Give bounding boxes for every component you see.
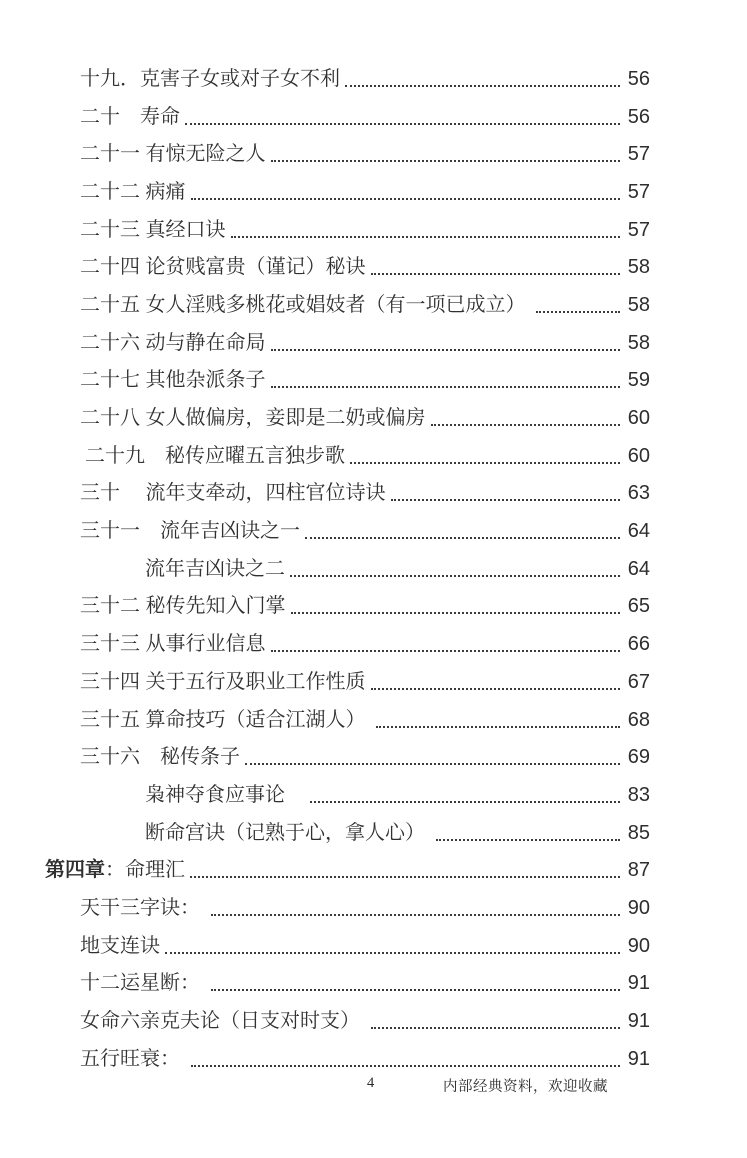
toc-entry: 枭神夺食应事论 83 [45,776,650,814]
toc-entry-page-number: 85 [623,823,650,843]
toc-entry-title: ：命理汇 [105,860,185,880]
toc-list: 十九．克害子女或对子女不利 56 二十 寿命 56 二十一 有惊无险之人 57 … [45,60,650,1078]
toc-entry-title: 三十一 流年吉凶诀之一 [80,521,300,541]
toc-entry: 二十七 其他杂派条子 59 [45,362,650,400]
toc-entry: 二十九 秘传应曜五言独步歌 60 [45,437,650,475]
toc-entry-page-number: 56 [623,69,650,89]
toc-entry-title: 天干三字诀： [80,898,206,918]
toc-entry: 二十六 动与静在命局 58 [45,324,650,362]
dot-leader [271,160,620,162]
toc-entry-title: 二十一 有惊无险之人 [80,144,266,164]
toc-entry: 十九．克害子女或对子女不利 56 [45,60,650,98]
dot-leader [211,914,620,916]
toc-entry-page-number: 67 [623,672,650,692]
toc-entry-page-number: 90 [623,898,650,918]
dot-leader [376,726,620,728]
toc-entry-title: 三十六 秘传条子 [80,747,240,767]
dot-leader [310,801,620,803]
dot-leader [231,236,620,238]
dot-leader [290,575,620,577]
toc-entry: 二十二 病痛 57 [45,173,650,211]
toc-entry: 三十六 秘传条子 69 [45,738,650,776]
toc-entry-page-number: 90 [623,936,650,956]
toc-entry-page-number: 57 [623,220,650,240]
dot-leader [271,386,620,388]
toc-entry-title: 断命宫诀（记熟于心，拿人心） [145,823,431,843]
toc-entry: 三十五 算命技巧（适合江湖人） 68 [45,701,650,739]
toc-entry-title: 二十四 论贫贱富贵（谨记）秘诀 [80,257,366,277]
toc-entry: 第四章 ：命理汇 87 [45,851,650,889]
toc-entry-title: 二十七 其他杂派条子 [80,370,266,390]
toc-entry-page-number: 64 [623,559,650,579]
toc-entry-page-number: 64 [623,521,650,541]
toc-entry-title: 三十 流年支牵动，四柱官位诗诀 [80,483,386,503]
toc-entry-title: 地支连诀 [80,936,160,956]
toc-entry-title: 二十 寿命 [80,107,180,127]
toc-entry-page-number: 63 [623,483,650,503]
dot-leader [291,612,620,614]
toc-entry-page-number: 91 [623,973,650,993]
toc-entry-page-number: 83 [623,785,650,805]
toc-entry-page-number: 65 [623,596,650,616]
toc-entry-page-number: 56 [623,107,650,127]
toc-entry-title: 女命六亲克夫论（日支对时支） [80,1011,366,1031]
toc-entry-page-number: 60 [623,446,650,466]
toc-entry-title: 三十三 从事行业信息 [80,634,266,654]
footer-page-number: 4 [367,1075,374,1092]
toc-entry: 三十四 关于五行及职业工作性质 67 [45,663,650,701]
toc-entry: 三十 流年支牵动，四柱官位诗诀 63 [45,475,650,513]
toc-entry-page-number: 58 [623,257,650,277]
dot-leader [371,688,620,690]
dot-leader [245,763,620,765]
dot-leader [165,952,620,954]
toc-entry: 三十三 从事行业信息 66 [45,625,650,663]
toc-entry-title: 二十九 秘传应曜五言独步歌 [85,446,345,466]
document-page: 十九．克害子女或对子女不利 56 二十 寿命 56 二十一 有惊无险之人 57 … [0,0,747,1158]
toc-entry: 女命六亲克夫论（日支对时支） 91 [45,1002,650,1040]
toc-entry: 二十 寿命 56 [45,98,650,136]
dot-leader [271,349,620,351]
toc-entry-title: 三十五 算命技巧（适合江湖人） [80,710,371,730]
toc-entry-page-number: 57 [623,144,650,164]
toc-entry-title: 枭神夺食应事论 [145,785,305,805]
dot-leader [371,273,620,275]
toc-entry-title: 二十六 动与静在命局 [80,333,266,353]
dot-leader [391,499,620,501]
dot-leader [536,311,620,313]
toc-entry: 天干三字诀： 90 [45,889,650,927]
toc-entry-page-number: 58 [623,295,650,315]
toc-entry-title: 五行旺衰： [80,1049,186,1069]
toc-entry-page-number: 68 [623,710,650,730]
toc-entry: 地支连诀 90 [45,927,650,965]
toc-entry-title: 三十四 关于五行及职业工作性质 [80,672,366,692]
toc-entry: 十二运星断： 91 [45,965,650,1003]
toc-entry-page-number: 58 [623,333,650,353]
toc-entry: 二十一 有惊无险之人 57 [45,135,650,173]
dot-leader [190,876,620,878]
toc-entry-title: 三十二 秘传先知入门掌 [80,596,286,616]
dot-leader [436,839,620,841]
toc-entry: 二十五 女人淫贱多桃花或娼妓者（有一项已成立） 58 [45,286,650,324]
toc-entry: 三十二 秘传先知入门掌 65 [45,588,650,626]
footer-note: 内部经典资料，欢迎收藏 [443,1075,608,1096]
toc-entry-page-number: 69 [623,747,650,767]
toc-entry: 二十四 论贫贱富贵（谨记）秘诀 58 [45,248,650,286]
toc-entry: 流年吉凶诀之二 64 [45,550,650,588]
dot-leader [185,123,620,125]
toc-entry-title: 二十五 女人淫贱多桃花或娼妓者（有一项已成立） [80,295,531,315]
toc-entry-chapter-bold: 第四章 [45,860,105,880]
toc-entry: 断命宫诀（记熟于心，拿人心） 85 [45,814,650,852]
toc-entry-page-number: 60 [623,408,650,428]
toc-entry-title: 流年吉凶诀之二 [145,559,285,579]
dot-leader [371,1027,620,1029]
toc-entry-page-number: 91 [623,1011,650,1031]
dot-leader [211,989,620,991]
toc-entry-page-number: 91 [623,1049,650,1069]
dot-leader [345,85,620,87]
toc-entry-title: 十九．克害子女或对子女不利 [80,69,340,89]
toc-entry-title: 二十三 真经口诀 [80,220,226,240]
toc-entry: 二十八 女人做偏房，妾即是二奶或偏房 60 [45,399,650,437]
toc-entry: 二十三 真经口诀 57 [45,211,650,249]
toc-entry: 五行旺衰： 91 [45,1040,650,1078]
toc-entry-page-number: 87 [623,860,650,880]
toc-entry-title: 二十二 病痛 [80,182,186,202]
dot-leader [191,1065,620,1067]
toc-entry-page-number: 66 [623,634,650,654]
toc-entry: 三十一 流年吉凶诀之一 64 [45,512,650,550]
toc-entry-title: 二十八 女人做偏房，妾即是二奶或偏房 [80,408,426,428]
dot-leader [305,537,620,539]
dot-leader [191,198,620,200]
dot-leader [431,424,620,426]
dot-leader [271,650,620,652]
dot-leader [350,462,620,464]
page-footer: 4 内部经典资料，欢迎收藏 [0,1073,747,1095]
toc-entry-page-number: 59 [623,370,650,390]
toc-entry-title: 十二运星断： [80,973,206,993]
toc-entry-page-number: 57 [623,182,650,202]
